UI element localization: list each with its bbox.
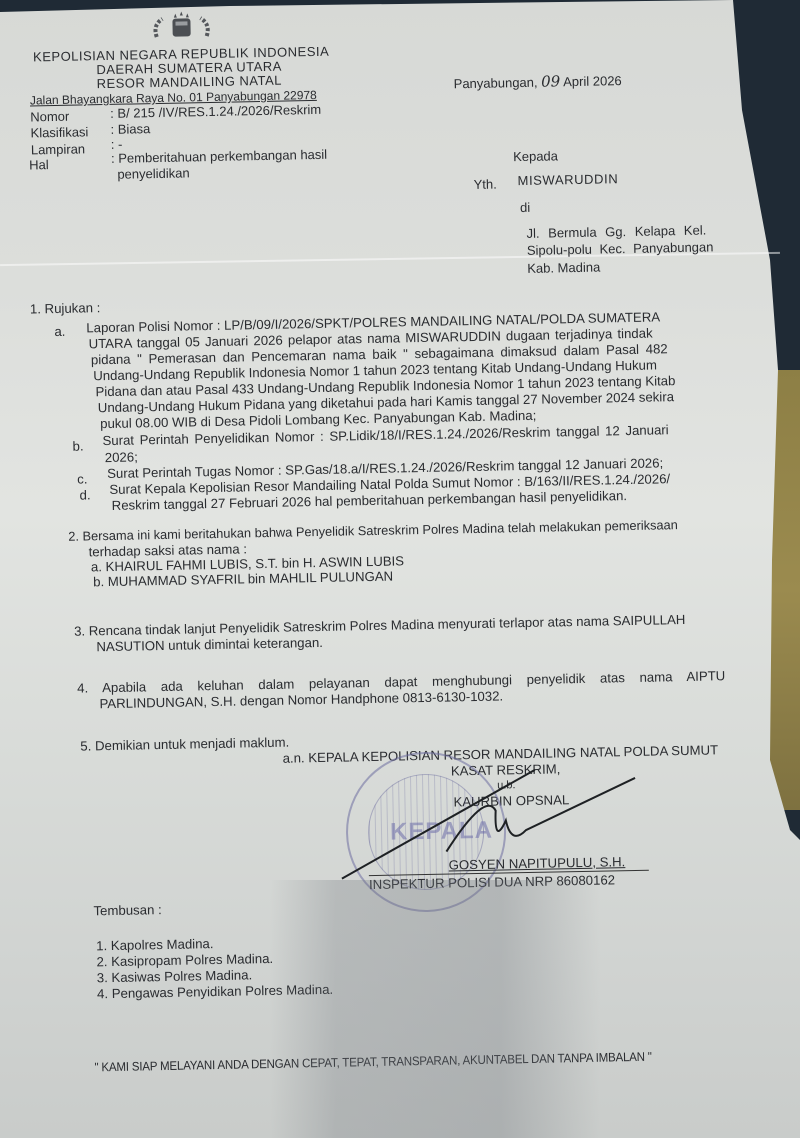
klasifikasi-value: : Biasa — [110, 121, 150, 137]
footer-motto: " KAMI SIAP MELAYANI ANDA DENGAN CEPAT, … — [94, 1050, 652, 1076]
klasifikasi-label: Klasifikasi — [30, 124, 88, 140]
recipient-name: MISWARUDDIN — [517, 171, 618, 188]
nomor-label: Nomor — [30, 109, 69, 125]
di-label: di — [520, 200, 530, 215]
letter-content: KEPOLISIAN NEGARA REPUBLIK INDONESIA DAE… — [0, 0, 800, 1138]
place: Panyabungan, — [454, 75, 538, 92]
police-emblem-icon — [150, 10, 213, 39]
tembusan-title: Tembusan : — [93, 902, 161, 919]
section-3-line-2: NASUTION untuk dimintai keterangan. — [96, 635, 323, 655]
signatory-rank-nrp: INSPEKTUR POLISI DUA NRP 86080162 — [369, 872, 615, 892]
s1a-marker: a. — [54, 324, 65, 340]
s1d-marker: d. — [79, 487, 90, 503]
hal-label: Hal — [29, 157, 49, 172]
tembusan-item: 1. Kapolres Madina. — [96, 936, 214, 954]
tembusan-item: 4. Pengawas Penyidikan Polres Madina. — [97, 982, 333, 1002]
yth-label: Yth. — [473, 176, 496, 191]
section-3-line-1: 3. Rencana tindak lanjut Penyelidik Satr… — [74, 612, 686, 639]
section-5-line: 5. Demikian untuk menjadi maklum. — [80, 735, 289, 755]
kepada-label: Kepada — [513, 148, 558, 164]
lampiran-value: : - — [111, 137, 123, 152]
section-1-title: 1. Rujukan : — [30, 300, 101, 317]
recipient-address-2: Sipolu-polu Kec. Panyabungan — [527, 239, 714, 258]
recipient-address-1: Jl. Bermula Gg. Kelapa Kel. — [526, 222, 706, 240]
section-2-line-1: 2. Bersama ini kami beritahukan bahwa Pe… — [68, 517, 678, 544]
s1b-marker: b. — [72, 438, 83, 454]
hal-value-1: : Pemberitahuan perkembangan hasil — [111, 147, 327, 166]
hal-value-2: penyelidikan — [117, 165, 190, 181]
recipient-address-3: Kab. Madina — [527, 260, 600, 276]
date-place: Panyabungan, 09 April 2026 — [454, 73, 622, 91]
month-year: April 2026 — [563, 73, 622, 89]
handwritten-day: 09 — [541, 72, 560, 90]
lampiran-label: Lampiran — [31, 141, 85, 157]
s1b-line-2: 2026; — [105, 449, 138, 465]
s1c-marker: c. — [77, 471, 88, 487]
nomor-value: : B/ 215 /IV/RES.1.24./2026/Reskrim — [110, 102, 321, 121]
